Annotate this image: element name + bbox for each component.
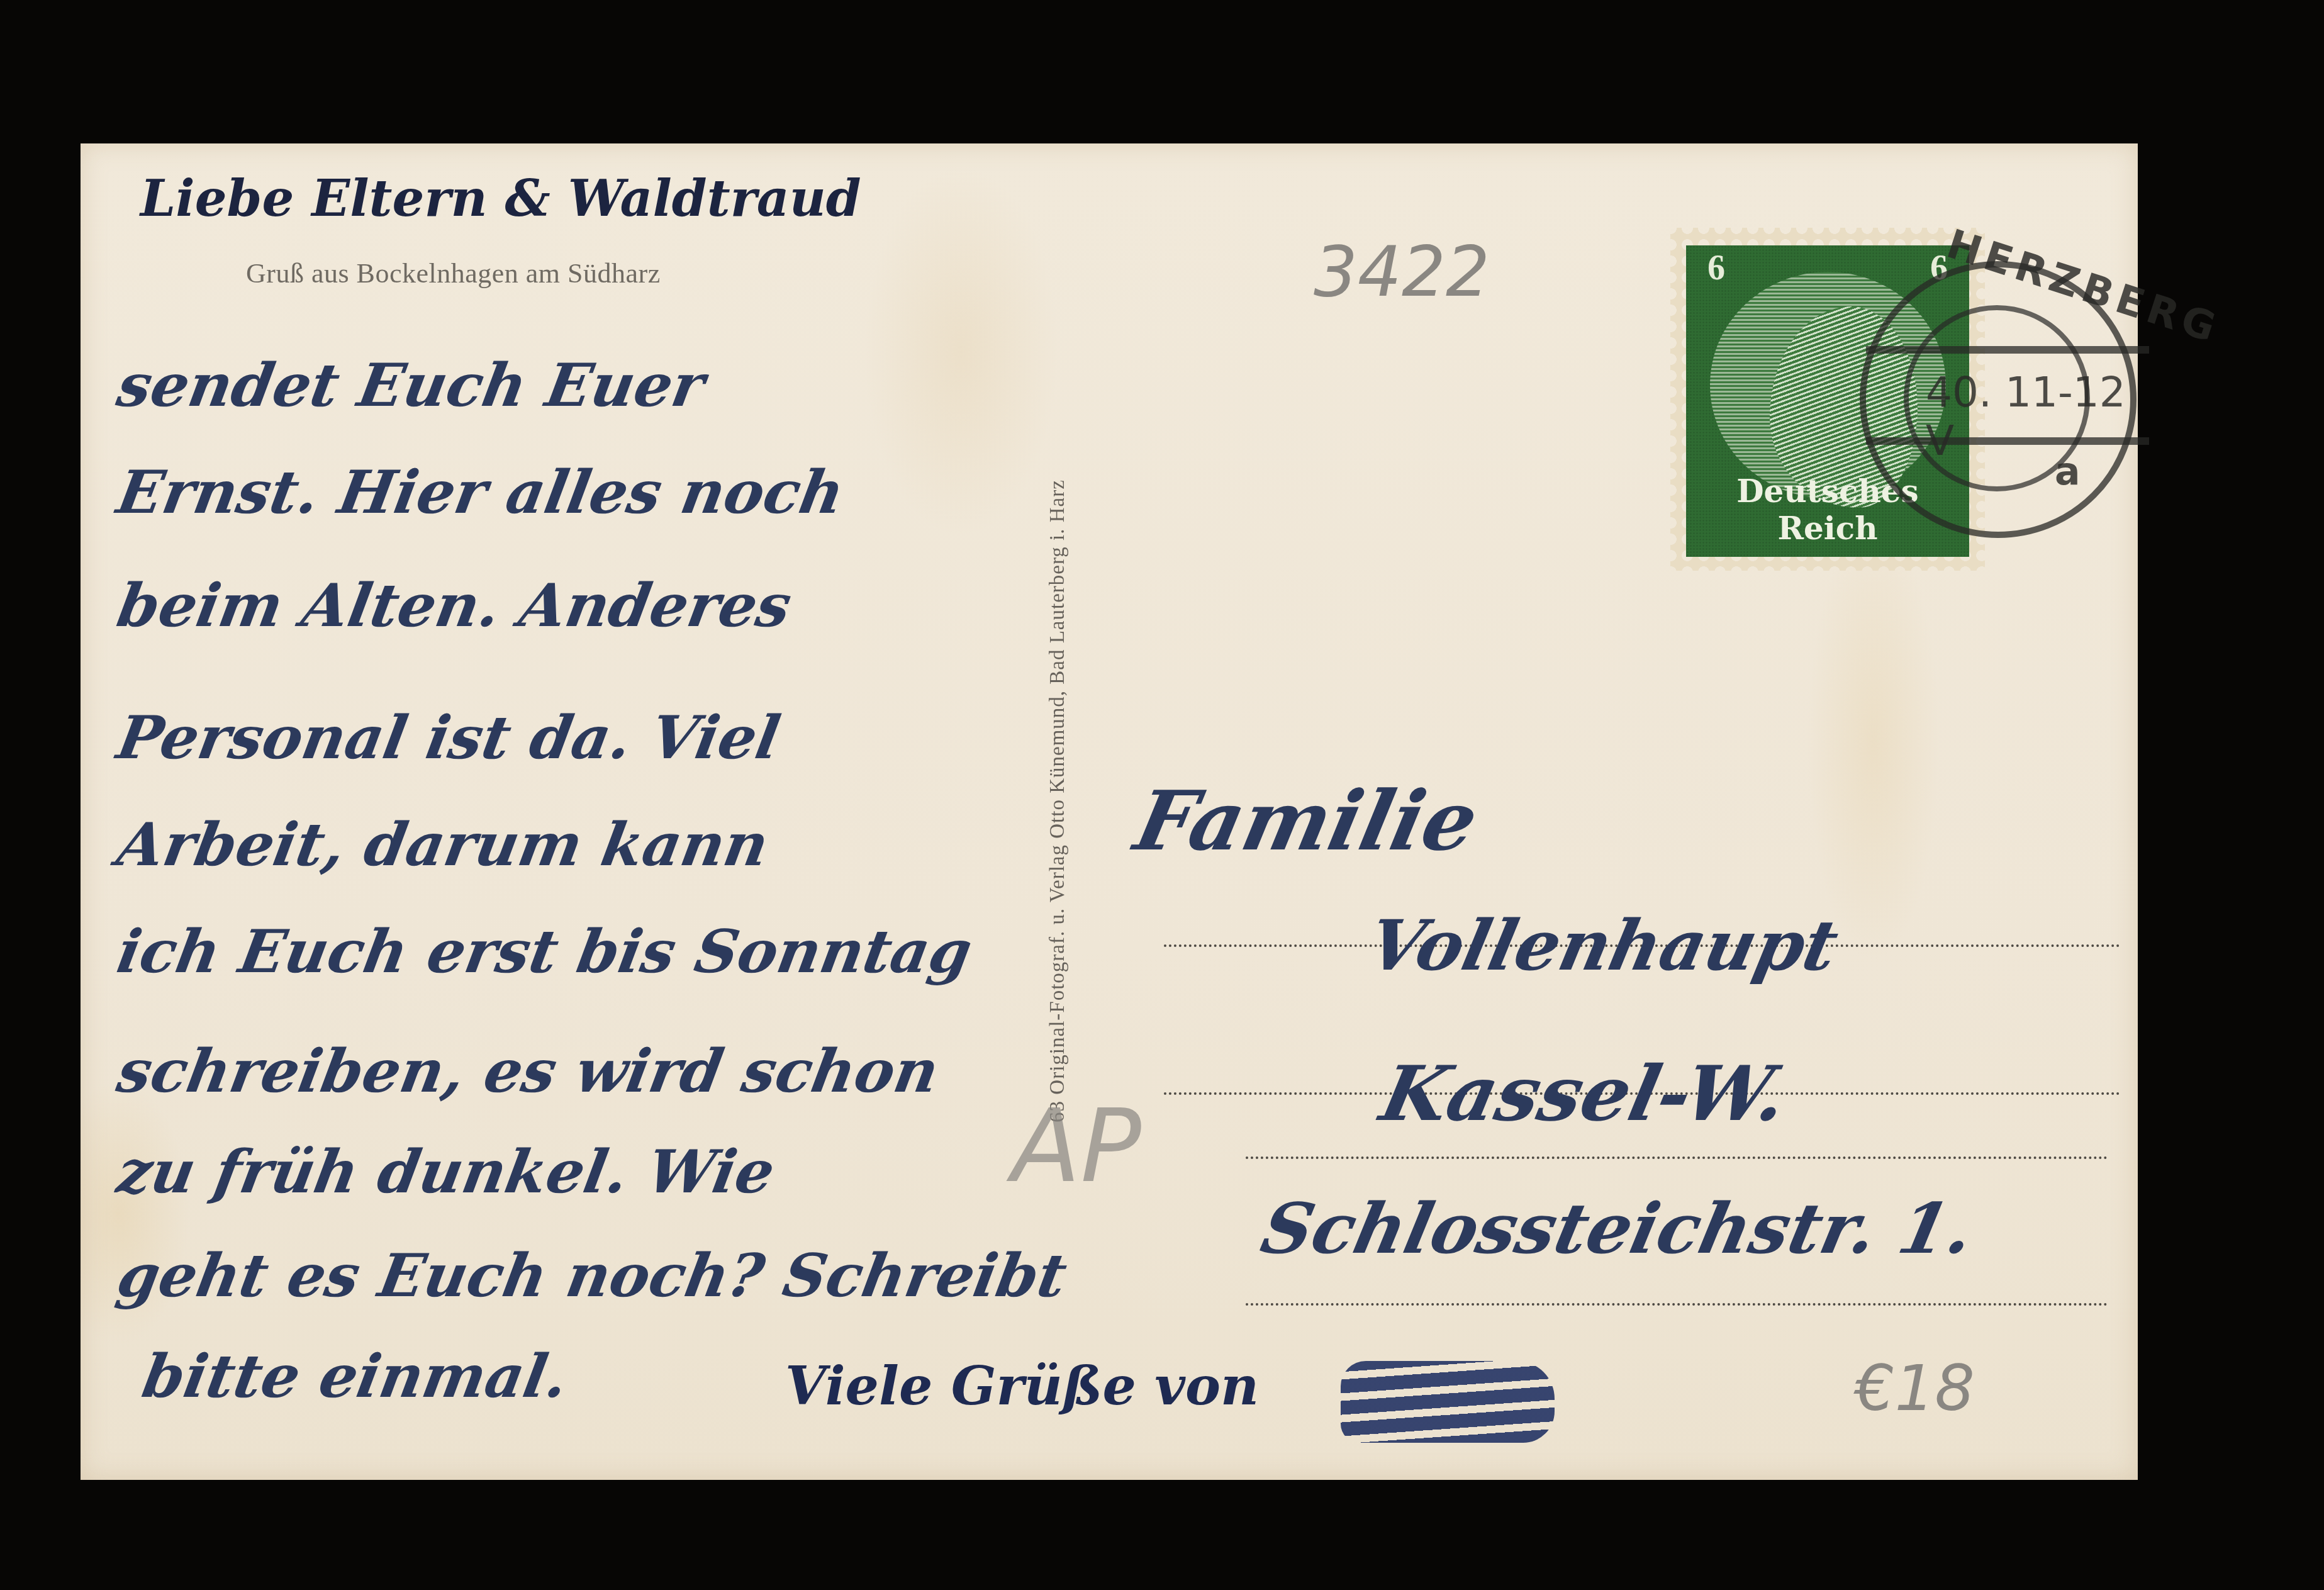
publisher-imprint: 63 Original-Fotograf. u. Verlag Otto Kün… <box>1046 203 1071 1399</box>
pencil-monogram: AP <box>1012 1087 1141 1205</box>
message-line: geht es Euch noch? Schreibt <box>112 1241 1071 1311</box>
printed-title: Gruß aus Bockelnhagen am Südharz <box>246 257 661 289</box>
address-line: Vollenhaupt <box>1361 905 1845 986</box>
address-line: Schlossteichstr. 1. <box>1254 1188 1980 1269</box>
message-line: bitte einmal. <box>137 1342 573 1411</box>
postmark-date: 40. 11-12 V <box>1926 368 2130 465</box>
postmark-bar <box>1866 346 2149 354</box>
message-line: sendet Euch Euer <box>112 351 710 420</box>
stamp-value-left: 6 <box>1707 248 1725 288</box>
message-line: schreiben, es wird schon <box>112 1037 944 1106</box>
message-line: Personal ist da. Viel <box>112 703 785 773</box>
message-line: beim Alten. Anderes <box>112 571 796 641</box>
message-line: ich Euch erst bis Sonntag <box>112 917 977 987</box>
message-line: zu früh dunkel. Wie <box>112 1138 779 1207</box>
pencil-price: €18 <box>1855 1352 1975 1425</box>
pencil-inventory-number: 3422 <box>1314 232 1490 312</box>
struck-out-signature <box>1341 1361 1555 1443</box>
message-line: Arbeit, darum kann <box>112 810 773 880</box>
address-line: Kassel-W. <box>1373 1050 1795 1138</box>
postmark: HERZBERG 40. 11-12 V a <box>1860 261 2137 538</box>
message-greeting: Liebe Eltern & Waldtraud <box>140 169 861 228</box>
message-line: Ernst. Hier alles noch <box>112 458 849 527</box>
address-line-rule <box>1246 1303 2108 1306</box>
message-closing: Viele Grüße von <box>785 1355 1259 1417</box>
postcard-back: Gruß aus Bockelnhagen am Südharz 63 Orig… <box>81 143 2138 1480</box>
postmark-suffix: a <box>2055 450 2081 494</box>
address-line: Familie <box>1127 773 1486 869</box>
address-line-rule <box>1246 1156 2108 1159</box>
